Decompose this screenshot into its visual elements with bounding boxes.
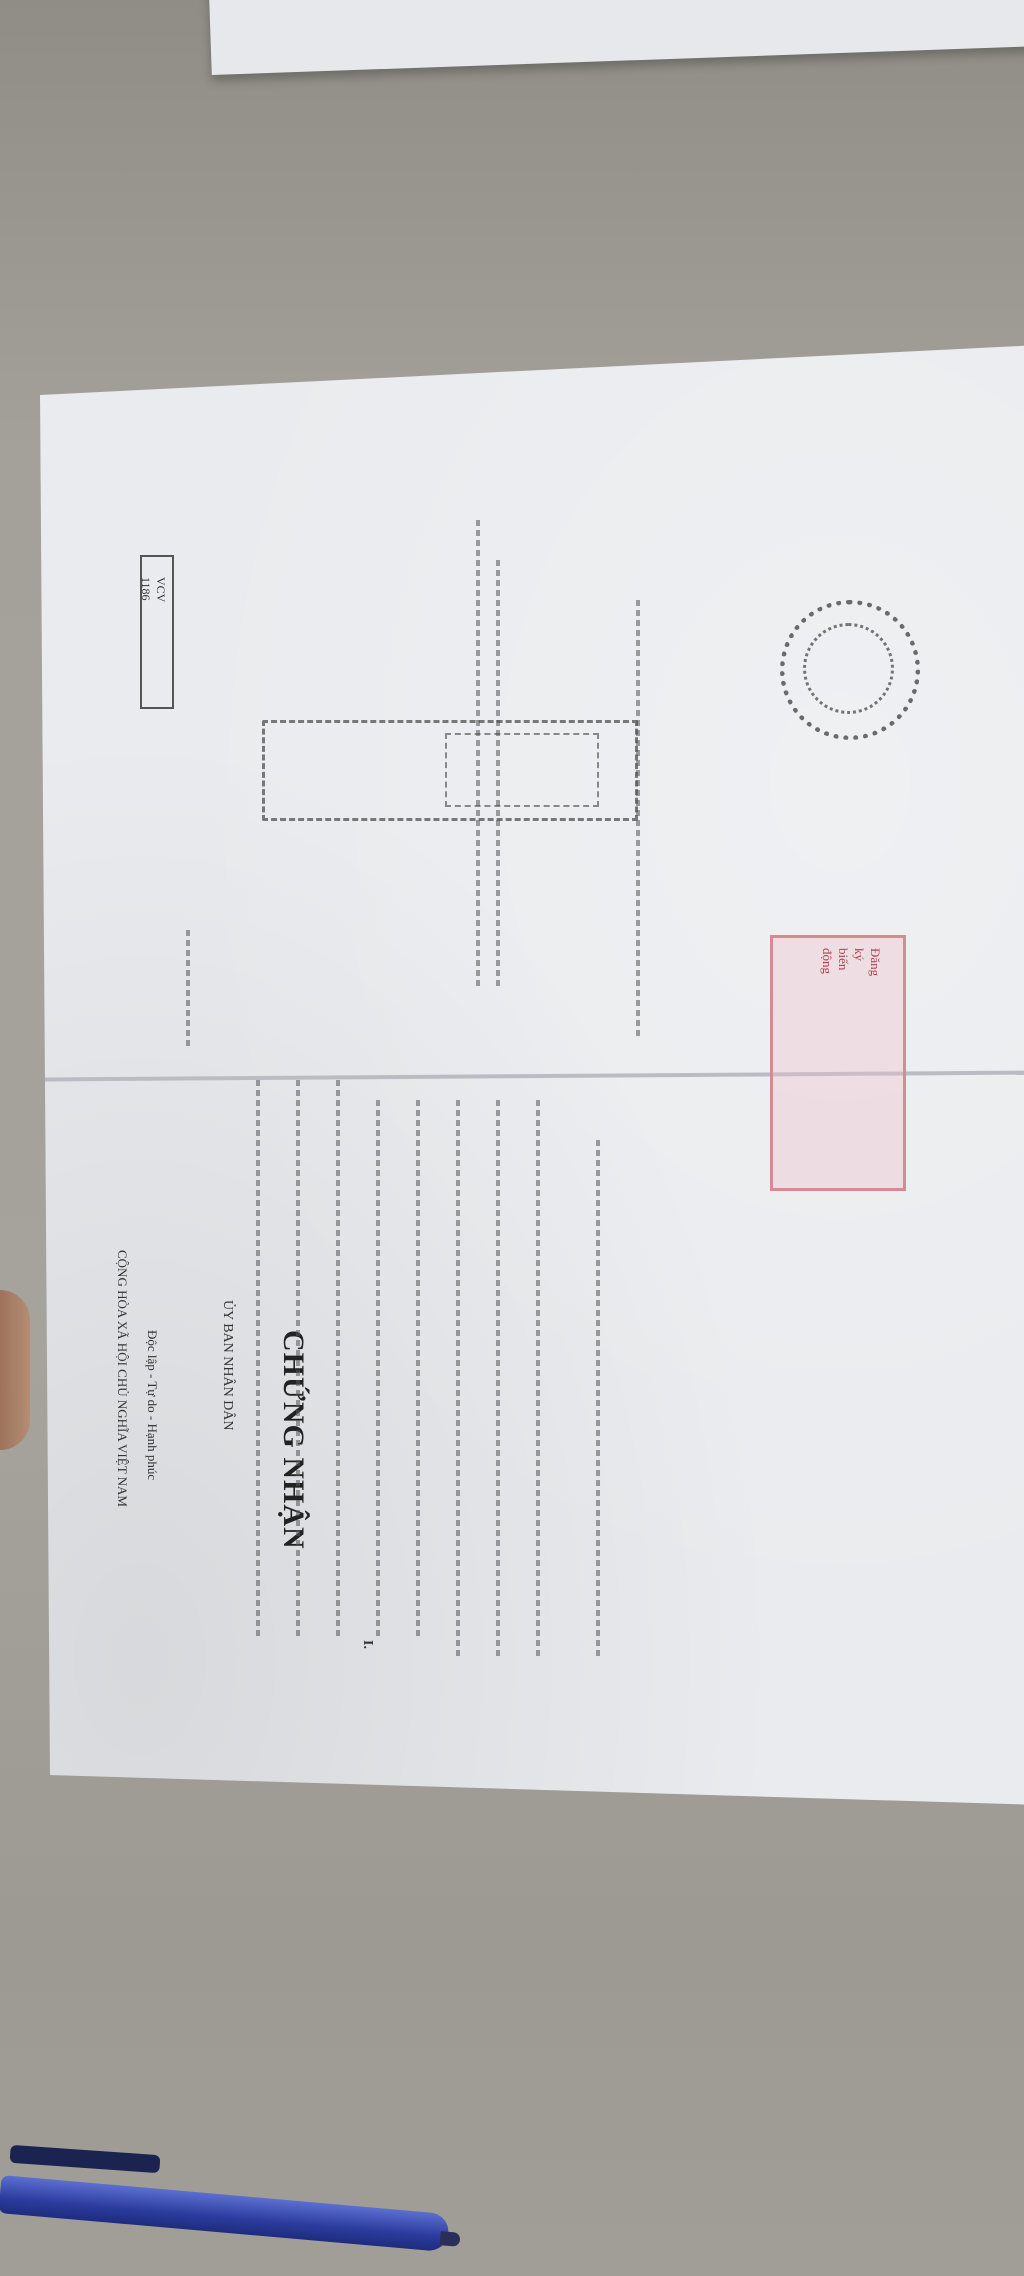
agency-line: ỦY BAN NHÂN DÂN — [219, 1300, 235, 1431]
motto: Độc lập - Tự do - Hạnh phúc — [144, 1330, 160, 1480]
finger — [0, 1290, 30, 1450]
red-registration-box: Đăng ký biến động — [770, 935, 906, 1191]
background-paper-sheet — [209, 0, 1024, 75]
section-marker: I. — [359, 1640, 375, 1649]
official-stamp — [780, 600, 920, 740]
blue-pen — [0, 2175, 450, 2252]
document-heading: CHỨNG NHẬN — [276, 1330, 310, 1550]
lot-diagram — [262, 720, 638, 821]
national-header: CỘNG HÒA XÃ HỘI CHỦ NGHĨA VIỆT NAM — [114, 1250, 130, 1507]
certificate-number-badge: VCV 1186 — [140, 555, 174, 709]
